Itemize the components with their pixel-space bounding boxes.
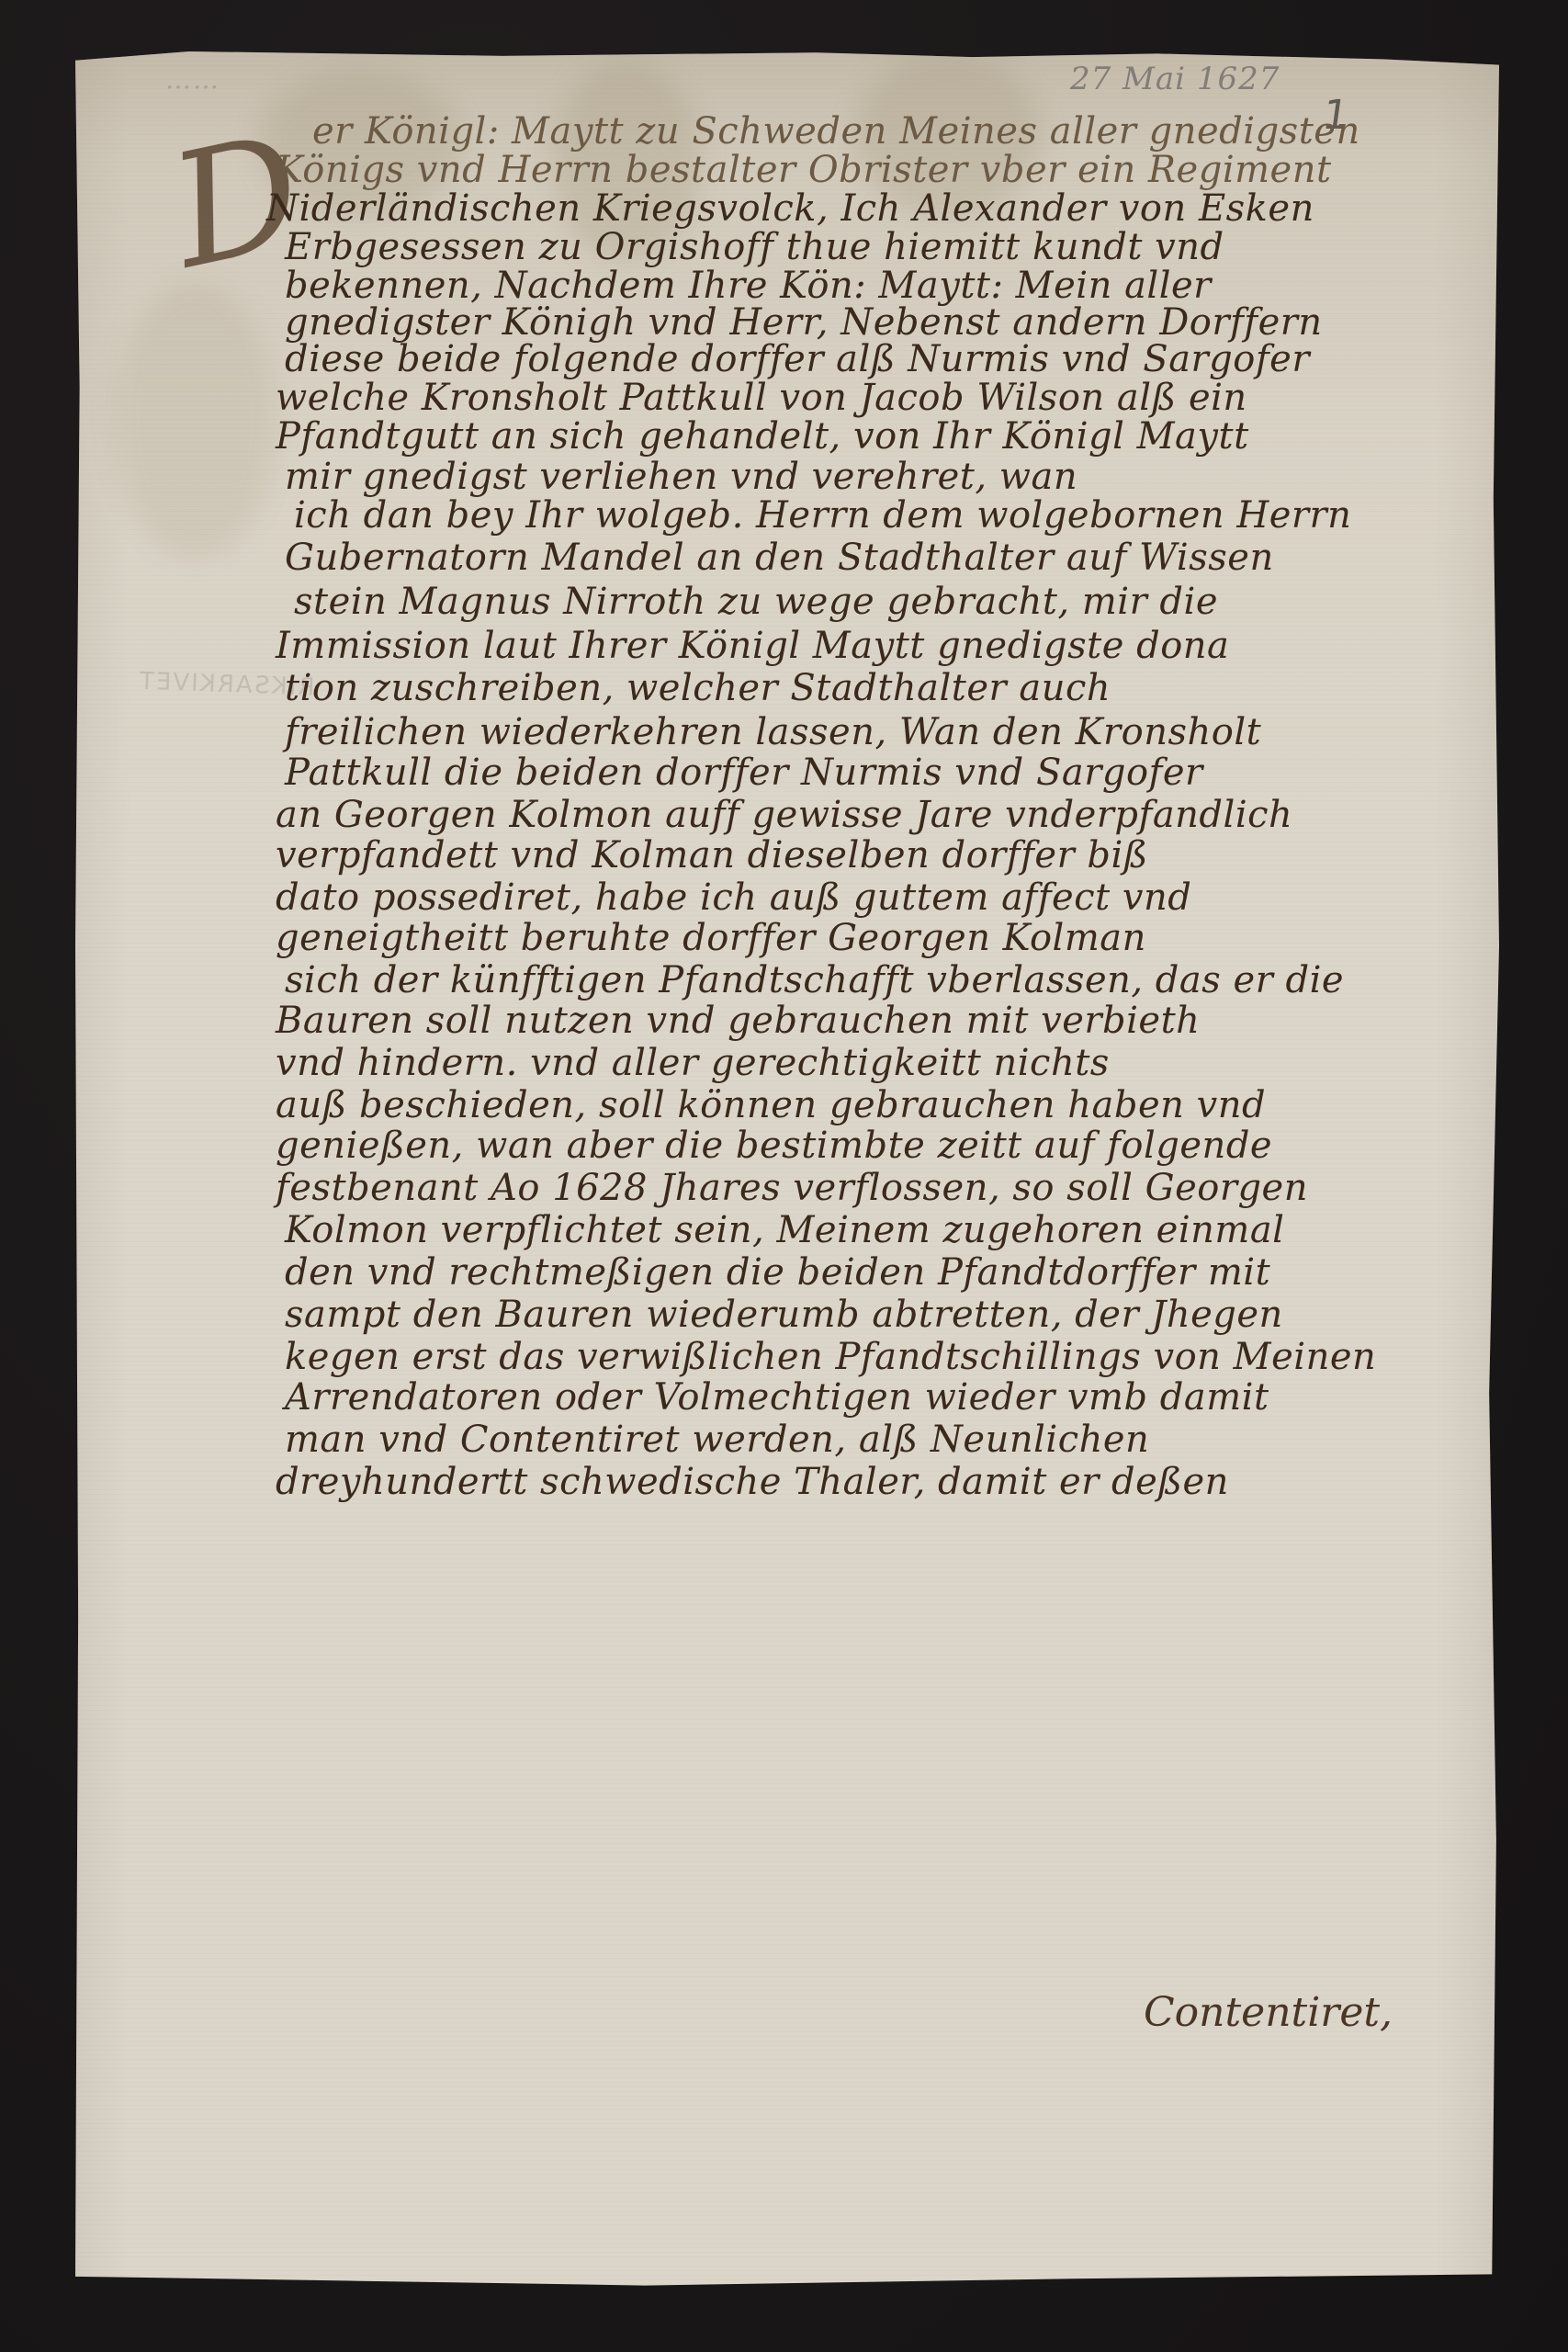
text-line: genießen, wan aber die bestimbte zeitt a… [276, 1125, 1272, 1167]
text-line: tion zuschreiben, welcher Stadthalter au… [285, 667, 1111, 709]
text-line: Kolmon verpflichtet sein, Meinem zugehor… [285, 1209, 1284, 1251]
text-line: dato possediret, habe ich auß guttem aff… [276, 876, 1191, 919]
text-line: Niderländischen Kriegsvolck, Ich Alexand… [266, 187, 1314, 230]
text-line: sampt den Bauren wiederumb abtretten, de… [285, 1294, 1283, 1336]
text-line: Königs vnd Herrn bestalter Obrister vber… [276, 149, 1332, 191]
text-line: er Königl: Maytt zu Schweden Meines alle… [312, 110, 1360, 153]
text-line: an Georgen Kolmon auff gewisse Jare vnde… [276, 794, 1292, 836]
text-line: freilichen wiederkehren lassen, Wan den … [285, 711, 1261, 753]
text-line: mir gnedigst verliehen vnd verehret, wan [285, 456, 1077, 498]
text-line: festbenant Ao 1628 Jhares verflossen, so… [276, 1167, 1308, 1209]
pencil-date-annotation: 27 Mai 1627 [1070, 61, 1280, 97]
text-line: auß beschieden, soll können gebrauchen h… [276, 1084, 1266, 1126]
text-line: Erbgesessen zu Orgishoff thue hiemitt ku… [285, 226, 1224, 268]
water-stain [112, 281, 277, 557]
text-line: dreyhundertt schwedische Thaler, damit e… [276, 1461, 1229, 1503]
text-line: man vnd Contentiret werden, alß Neunlich… [285, 1419, 1149, 1461]
text-line: Arrendatoren oder Volmechtigen wieder vm… [285, 1376, 1269, 1419]
text-line: Pattkull die beiden dorffer Nurmis vnd S… [285, 752, 1203, 794]
text-line: Bauren soll nutzen vnd gebrauchen mit ve… [276, 1000, 1200, 1042]
text-line: Gubernatorn Mandel an den Stadthalter au… [285, 537, 1274, 579]
text-line: vnd hindern. vnd aller gerechtigkeitt ni… [276, 1042, 1110, 1084]
text-line: ich dan bey Ihr wolgeb. Herrn dem wolgeb… [294, 494, 1351, 537]
image-viewer-background: …… 27 Mai 1627 1 RIKSARKIVET D er Königl… [0, 0, 1568, 2352]
text-line: diese beide folgende dorffer alß Nurmis … [285, 338, 1310, 380]
text-line: Pfandtgutt an sich gehandelt, von Ihr Kö… [276, 415, 1249, 458]
text-line: kegen erst das verwißlichen Pfandtschill… [285, 1336, 1376, 1378]
text-line: sich der künfftigen Pfandtschafft vberla… [285, 959, 1344, 1001]
closing-word: Contentiret, [1144, 1989, 1393, 2036]
text-line: verpfandett vnd Kolman dieselben dorffer… [276, 834, 1148, 876]
text-line: den vnd rechtmeßigen die beiden Pfandtdo… [285, 1251, 1270, 1294]
text-line: geneigtheitt beruhte dorffer Georgen Kol… [276, 917, 1146, 959]
text-line: Immission laut Ihrer Königl Maytt gnedig… [276, 625, 1229, 667]
text-line: welche Kronsholt Pattkull von Jacob Wils… [276, 377, 1247, 419]
pencil-annotation-faint: …… [165, 64, 220, 95]
text-line: stein Magnus Nirroth zu wege gebracht, m… [294, 581, 1218, 623]
